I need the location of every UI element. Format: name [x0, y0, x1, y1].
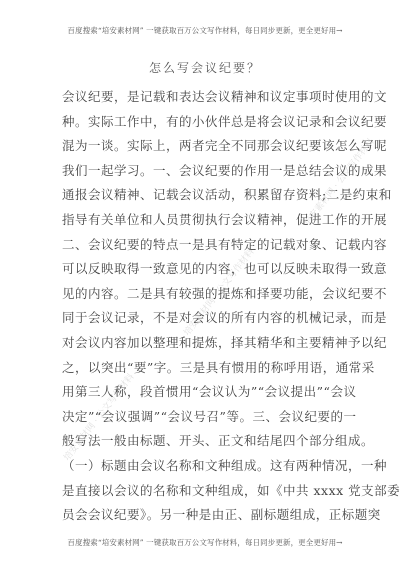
document-body: 会议纪要，是记载和表达会议精神和议定事项时使用的文 种。实际工作中，有的小伙伴总… [62, 88, 348, 531]
header-banner: 百度搜索“培安素材网” 一键获取百万公文写作材料，每日同步更新，更全更好用→ [0, 25, 410, 36]
body-line: 混为一谈。实际上，两者完全不同那会议纪要该怎么写呢 [62, 137, 348, 162]
body-line: 二、会议纪要的特点一是具有特定的记载对象、记载内容 [62, 236, 348, 261]
body-line: 指导有关单位和人员贯彻执行会议精神，促进工作的开展 [62, 211, 348, 236]
body-line: 对会议内容加以整理和提炼，择其精华和主要精神予以纪 [62, 334, 348, 359]
footer-banner: 百度搜索“培安素材网” 一键获取百万公文写作材料，每日同步更新，更全更好用→ [0, 537, 410, 548]
body-line: 见的内容。二是具有较强的提炼和择要功能，会议纪要不 [62, 285, 348, 310]
body-line: 我们一起学习。一、会议纪要的作用一是总结会议的成果 [62, 162, 348, 187]
document-title: 怎么写会议纪要？ [0, 59, 410, 76]
body-line: 是直接以会议的名称和文种组成，如《中共 xxxx 党支部委 [62, 482, 348, 507]
body-line: 通报会议精神、记载会议活动，积累留存资料;二是约束和 [62, 186, 348, 211]
body-line: 用第三人称，段首惯用“会议认为”“会议提出”“会议 [62, 383, 348, 408]
body-line: 员会会议纪要》。另一种是由正、副标题组成，正标题突 [62, 506, 348, 531]
body-line: 般写法一般由标题、开头、正文和结尾四个部分组成。 [62, 432, 348, 457]
body-line: 同于会议记录，不是对会议的所有内容的机械记录，而是 [62, 309, 348, 334]
document-page: 百度搜索“培安素材网” 一键获取百万公文写作材料，每日同步更新，更全更好用→ 培… [0, 0, 410, 580]
body-line: 会议纪要，是记载和表达会议精神和议定事项时使用的文 [62, 88, 348, 113]
body-line: 决定”“会议强调”“会议号召”等。三、会议纪要的一 [62, 408, 348, 433]
body-line: 可以反映取得一致意见的内容，也可以反映未取得一致意 [62, 260, 348, 285]
body-line: 种。实际工作中，有的小伙伴总是将会议记录和会议纪要 [62, 113, 348, 138]
body-line: 之，以突出“要”字。三是具有惯用的称呼用语，通常采 [62, 359, 348, 384]
body-line: （一）标题由会议名称和文种组成。这有两种情况，一种 [62, 457, 348, 482]
